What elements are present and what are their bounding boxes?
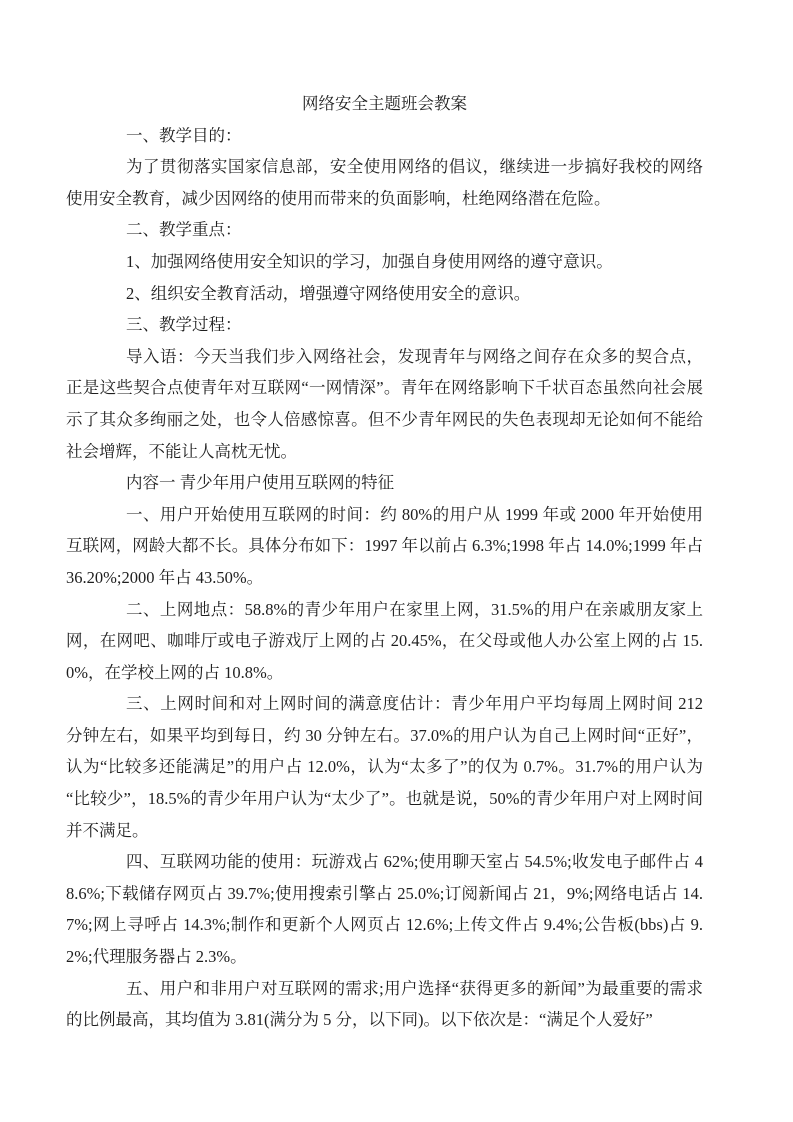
para-internet-functions: 四、互联网功能的使用：玩游戏占 62%;使用聊天室占 54.5%;收发电子邮件占… xyxy=(66,846,703,972)
heading-teaching-focus: 二、教学重点： xyxy=(66,214,703,246)
para-usage-location: 二、上网地点：58.8%的青少年用户在家里上网，31.5%的用户在亲戚朋友家上网… xyxy=(66,594,703,689)
document-title: 网络安全主题班会教案 xyxy=(66,88,703,120)
document-page: 网络安全主题班会教案 一、教学目的： 为了贯彻落实国家信息部，安全使用网络的倡议… xyxy=(0,0,793,1122)
para-usage-start-time: 一、用户开始使用互联网的时间：约 80%的用户从 1999 年或 2000 年开… xyxy=(66,499,703,594)
para-introduction: 导入语：今天当我们步入网络社会，发现青年与网络之间存在众多的契合点，正是这些契合… xyxy=(66,341,703,467)
para-user-needs: 五、用户和非用户对互联网的需求;用户选择“获得更多的新闻”为最重要的需求的比例最… xyxy=(66,973,703,1036)
heading-teaching-objectives: 一、教学目的： xyxy=(66,120,703,152)
para-focus-item-1: 1、加强网络使用安全知识的学习，加强自身使用网络的遵守意识。 xyxy=(66,246,703,278)
para-usage-time-satisfaction: 三、上网时间和对上网时间的满意度估计：青少年用户平均每周上网时间 212 分钟左… xyxy=(66,688,703,846)
heading-content-one: 内容一 青少年用户使用互联网的特征 xyxy=(66,467,703,499)
para-teaching-objectives: 为了贯彻落实国家信息部，安全使用网络的倡议，继续进一步搞好我校的网络使用安全教育… xyxy=(66,151,703,214)
para-focus-item-2: 2、组织安全教育活动，增强遵守网络使用安全的意识。 xyxy=(66,278,703,310)
heading-teaching-process: 三、教学过程： xyxy=(66,309,703,341)
